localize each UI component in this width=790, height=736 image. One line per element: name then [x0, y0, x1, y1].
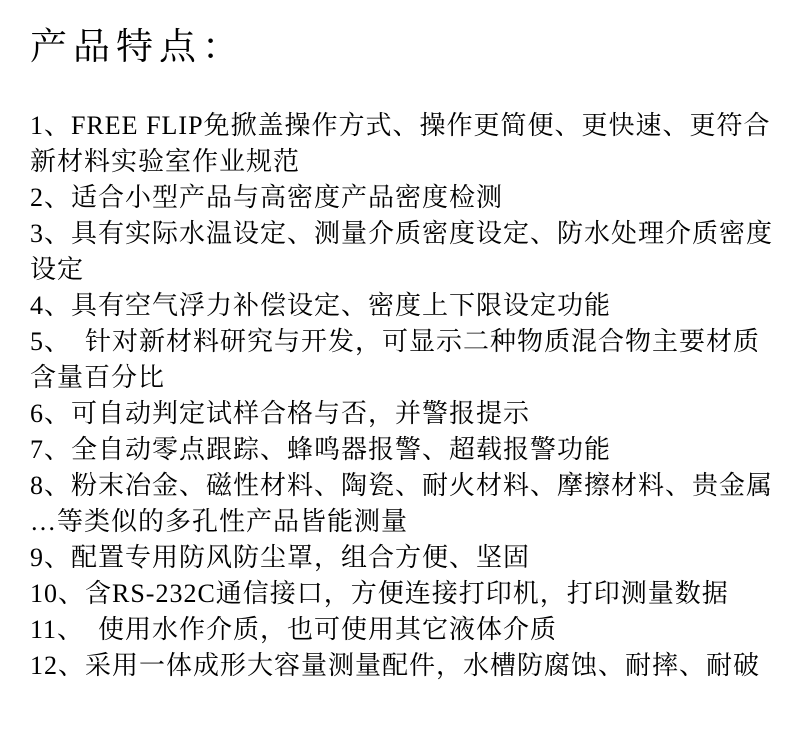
feature-line: 设定	[30, 252, 772, 288]
feature-item-3: 3、具有实际水温设定、测量介质密度设定、防水处理介质密度 设定	[30, 216, 772, 288]
feature-line: 4、具有空气浮力补偿设定、密度上下限设定功能	[30, 288, 772, 324]
feature-item-1: 1、FREE FLIP免掀盖操作方式、操作更简便、更快速、更符合 新材料实验室作…	[30, 108, 772, 180]
feature-line: 10、含RS-232C通信接口，方便连接打印机，打印测量数据	[30, 576, 772, 612]
feature-item-12: 12、采用一体成形大容量测量配件，水槽防腐蚀、耐摔、耐破	[30, 648, 772, 684]
feature-item-7: 7、全自动零点跟踪、蜂鸣器报警、超载报警功能	[30, 432, 772, 468]
product-features-document: 产品特点： 1、FREE FLIP免掀盖操作方式、操作更简便、更快速、更符合 新…	[0, 0, 790, 684]
feature-item-4: 4、具有空气浮力补偿设定、密度上下限设定功能	[30, 288, 772, 324]
feature-line: 新材料实验室作业规范	[30, 144, 772, 180]
feature-line: 8、粉末冶金、磁性材料、陶瓷、耐火材料、摩擦材料、贵金属	[30, 468, 772, 504]
feature-line: 1、FREE FLIP免掀盖操作方式、操作更简便、更快速、更符合	[30, 108, 772, 144]
feature-item-9: 9、配置专用防风防尘罩，组合方便、坚固	[30, 540, 772, 576]
feature-line: 2、适合小型产品与高密度产品密度检测	[30, 180, 772, 216]
feature-line: 9、配置专用防风防尘罩，组合方便、坚固	[30, 540, 772, 576]
feature-item-6: 6、可自动判定试样合格与否，并警报提示	[30, 396, 772, 432]
feature-line: 11、 使用水作介质，也可使用其它液体介质	[30, 612, 772, 648]
feature-line: 6、可自动判定试样合格与否，并警报提示	[30, 396, 772, 432]
feature-list: 1、FREE FLIP免掀盖操作方式、操作更简便、更快速、更符合 新材料实验室作…	[30, 108, 772, 684]
feature-line: 7、全自动零点跟踪、蜂鸣器报警、超载报警功能	[30, 432, 772, 468]
feature-item-5: 5、 针对新材料研究与开发，可显示二种物质混合物主要材质 含量百分比	[30, 324, 772, 396]
feature-item-2: 2、适合小型产品与高密度产品密度检测	[30, 180, 772, 216]
feature-item-10: 10、含RS-232C通信接口，方便连接打印机，打印测量数据	[30, 576, 772, 612]
feature-line: 12、采用一体成形大容量测量配件，水槽防腐蚀、耐摔、耐破	[30, 648, 772, 684]
feature-item-11: 11、 使用水作介质，也可使用其它液体介质	[30, 612, 772, 648]
feature-line: 3、具有实际水温设定、测量介质密度设定、防水处理介质密度	[30, 216, 772, 252]
feature-line: …等类似的多孔性产品皆能测量	[30, 504, 772, 540]
feature-line: 含量百分比	[30, 360, 772, 396]
feature-line: 5、 针对新材料研究与开发，可显示二种物质混合物主要材质	[30, 324, 772, 360]
feature-item-8: 8、粉末冶金、磁性材料、陶瓷、耐火材料、摩擦材料、贵金属 …等类似的多孔性产品皆…	[30, 468, 772, 540]
page-title: 产品特点：	[30, 26, 772, 70]
